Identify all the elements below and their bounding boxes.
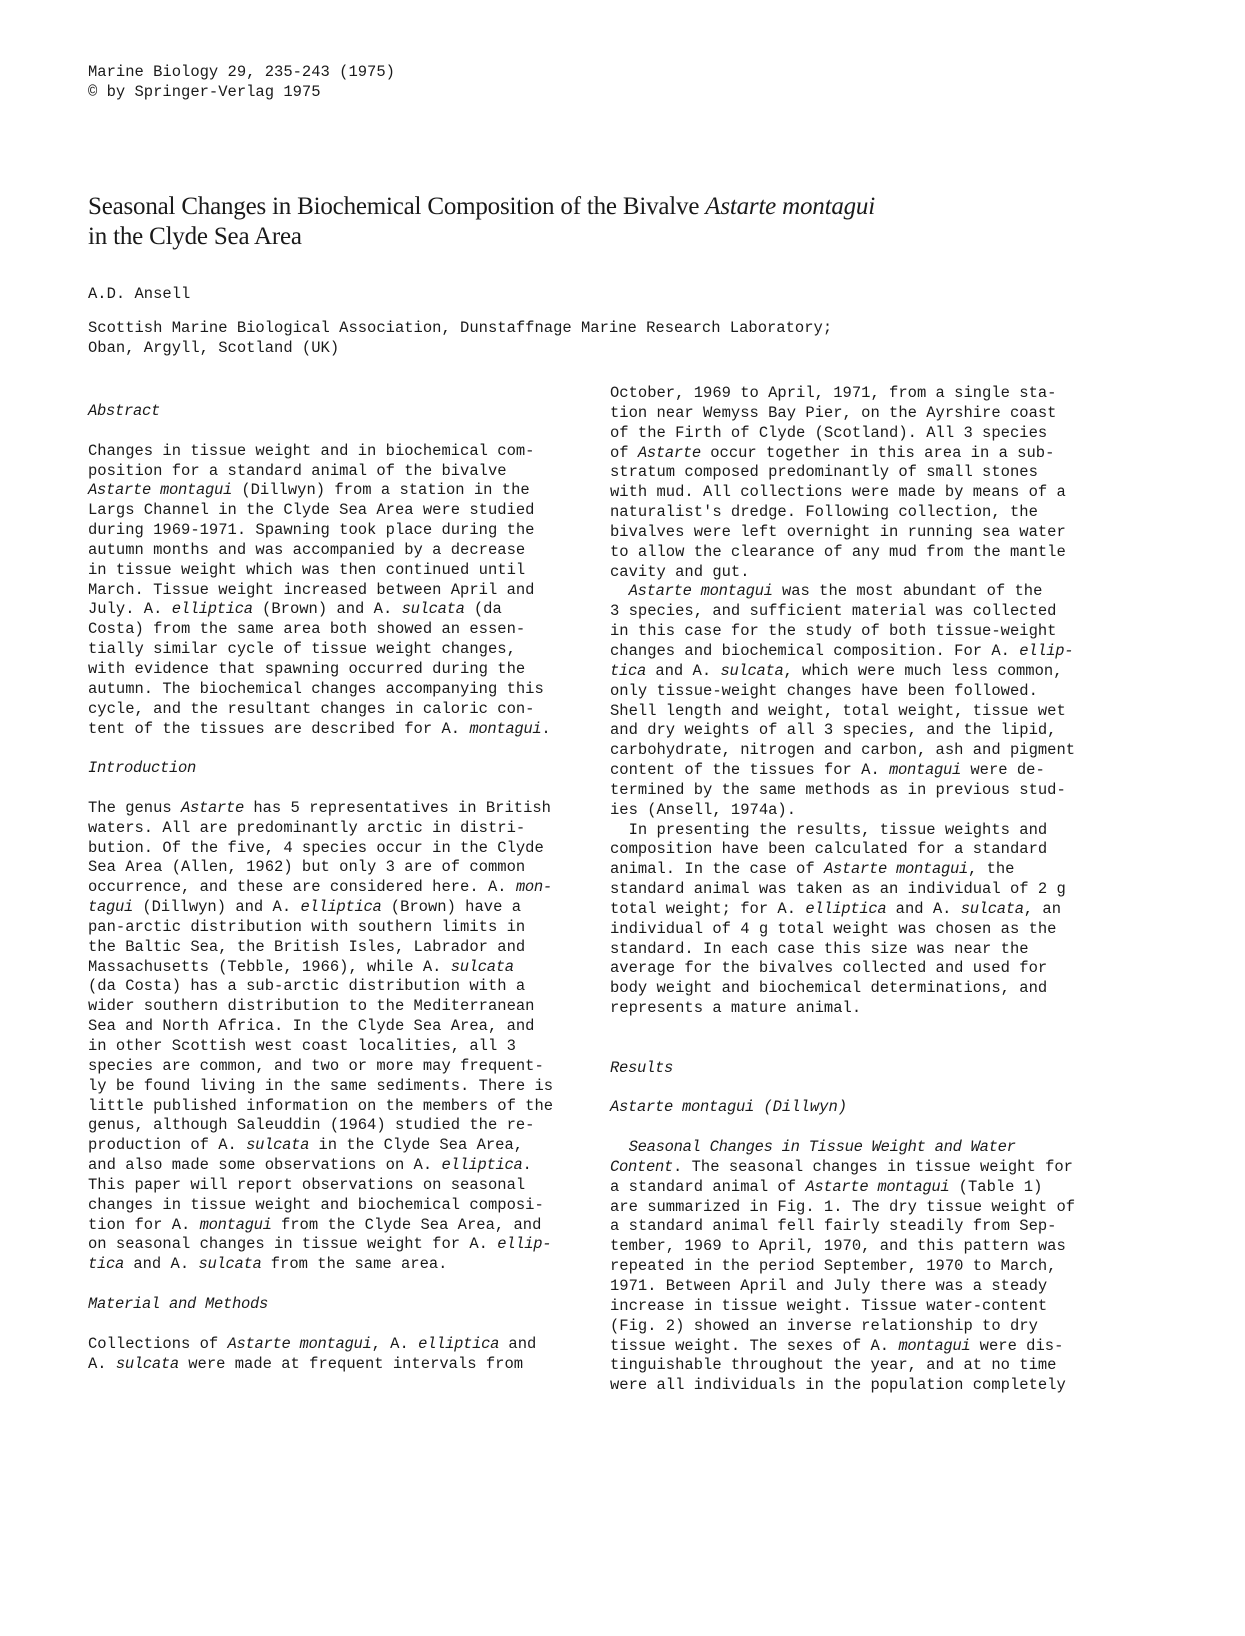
plain-text: and (499, 1335, 536, 1353)
text-line: on seasonal changes in tissue weight for… (88, 1235, 598, 1255)
text-line: autumn. The biochemical changes accompan… (88, 680, 598, 700)
text-line: a standard animal fell fairly steadily f… (610, 1217, 1120, 1237)
plain-text: July. A. (88, 600, 172, 618)
plain-text: and A. (646, 662, 720, 680)
text-line: pan-arctic distribution with southern li… (88, 918, 598, 938)
text-line: body weight and biochemical determinatio… (610, 979, 1120, 999)
plain-text: (da Costa) has a sub-arctic distribution… (88, 977, 525, 995)
text-line: termined by the same methods as in previ… (610, 781, 1120, 801)
text-line: tially similar cycle of tissue weight ch… (88, 640, 598, 660)
affiliation-line-1: Scottish Marine Biological Association, … (88, 318, 832, 338)
text-line: 1971. Between April and July there was a… (610, 1277, 1120, 1297)
plain-text: in other Scottish west coast localities,… (88, 1037, 516, 1055)
plain-text: naturalist's dredge. Following collectio… (610, 503, 1038, 521)
plain-text: on seasonal changes in tissue weight for… (88, 1235, 497, 1253)
text-line: autumn months and was accompanied by a d… (88, 541, 598, 561)
text-line: Shell length and weight, total weight, t… (610, 702, 1120, 722)
section-heading: Astarte montagui (Dillwyn) (610, 1098, 1120, 1118)
blank-line (88, 779, 598, 799)
text-line: in tissue weight which was then continue… (88, 561, 598, 581)
italic-text: montagui (200, 1216, 272, 1234)
plain-text: Costa) from the same area both showed an… (88, 620, 525, 638)
plain-text: individual of 4 g total weight was chose… (610, 920, 1056, 938)
text-line: tissue weight. The sexes of A. montagui … (610, 1337, 1120, 1357)
plain-text: production of A. (88, 1136, 246, 1154)
text-line: March. Tissue weight increased between A… (88, 581, 598, 601)
text-line: individual of 4 g total weight was chose… (610, 920, 1120, 940)
italic-text: elliptica (300, 898, 381, 916)
text-line: animal. In the case of Astarte montagui,… (610, 860, 1120, 880)
italic-text: elliptica (172, 600, 253, 618)
plain-text: This paper will report observations on s… (88, 1176, 525, 1194)
plain-text: Sea and North Africa. In the Clyde Sea A… (88, 1017, 534, 1035)
plain-text: Collections of (88, 1335, 228, 1353)
text-line: content of the tissues for A. montagui w… (610, 761, 1120, 781)
text-line: (Fig. 2) showed an inverse relationship … (610, 1317, 1120, 1337)
text-line: This paper will report observations on s… (88, 1176, 598, 1196)
text-line: Massachusetts (Tebble, 1966), while A. s… (88, 958, 598, 978)
blank-line (610, 1039, 1120, 1059)
italic-text: tagui (88, 898, 133, 916)
plain-text: 1971. Between April and July there was a… (610, 1277, 1047, 1295)
italic-text: sulcata (198, 1255, 261, 1273)
plain-text: pan-arctic distribution with southern li… (88, 918, 525, 936)
plain-text: species are common, and two or more may … (88, 1057, 544, 1075)
text-line: composition have been calculated for a s… (610, 840, 1120, 860)
text-line: genus, although Saleuddin (1964) studied… (88, 1116, 598, 1136)
plain-text: Massachusetts (Tebble, 1966), while A. (88, 958, 451, 976)
copyright-notice: © by Springer-Verlag 1975 (88, 82, 395, 102)
plain-text: , the (968, 860, 1015, 878)
plain-text: autumn. The biochemical changes accompan… (88, 680, 544, 698)
plain-text: represents a mature animal. (610, 999, 861, 1017)
plain-text: , which were much less common, (783, 662, 1062, 680)
plain-text: from the same area. (261, 1255, 447, 1273)
text-line: (da Costa) has a sub-arctic distribution… (88, 977, 598, 997)
plain-text: autumn months and was accompanied by a d… (88, 541, 525, 559)
italic-text: sulcata (246, 1136, 309, 1154)
text-line: Seasonal Changes in Tissue Weight and Wa… (610, 1138, 1120, 1158)
plain-text: . The seasonal changes in tissue weight … (673, 1158, 1073, 1176)
text-line: and also made some observations on A. el… (88, 1156, 598, 1176)
text-line: In presenting the results, tissue weight… (610, 821, 1120, 841)
plain-text: Sea Area (Allen, 1962) but only 3 are of… (88, 858, 525, 876)
italic-text: sulcata (402, 600, 465, 618)
plain-text: tissue weight. The sexes of A. (610, 1337, 898, 1355)
journal-citation: Marine Biology 29, 235-243 (1975) (88, 62, 395, 82)
text-line: naturalist's dredge. Following collectio… (610, 503, 1120, 523)
plain-text: tinguishable throughout the year, and at… (610, 1356, 1056, 1374)
text-line: average for the bivalves collected and u… (610, 959, 1120, 979)
text-line: Astarte montagui (Dillwyn) from a statio… (88, 481, 598, 501)
plain-text: tially similar cycle of tissue weight ch… (88, 640, 516, 658)
italic-text: Astarte (181, 799, 244, 817)
plain-text: were all individuals in the population c… (610, 1376, 1066, 1394)
section-heading: Material and Methods (88, 1295, 598, 1315)
plain-text: bivalves were left overnight in running … (610, 523, 1066, 541)
plain-text: increase in tissue weight. Tissue water-… (610, 1297, 1047, 1315)
italic-text: montagui (469, 720, 541, 738)
plain-text: and A. (124, 1255, 198, 1273)
plain-text: (Dillwyn) and A. (133, 898, 300, 916)
blank-line (610, 1118, 1120, 1138)
plain-text: in the Clyde Sea Area, (309, 1136, 523, 1154)
text-line: Costa) from the same area both showed an… (88, 620, 598, 640)
plain-text: a standard animal fell fairly steadily f… (610, 1217, 1056, 1235)
italic-text: Astarte montagui (824, 860, 968, 878)
plain-text: the Baltic Sea, the British Isles, Labra… (88, 938, 525, 956)
text-line: Sea Area (Allen, 1962) but only 3 are of… (88, 858, 598, 878)
plain-text: in this case for the study of both tissu… (610, 622, 1056, 640)
italic-text: ellip- (1019, 642, 1073, 660)
plain-text: (Dillwyn) from a station in the (232, 481, 530, 499)
italic-text: Content (610, 1158, 673, 1176)
italic-text: Astarte montagui (805, 1178, 949, 1196)
text-line: waters. All are predominantly arctic in … (88, 819, 598, 839)
text-line: increase in tissue weight. Tissue water-… (610, 1297, 1120, 1317)
plain-text: (Dillwyn) (754, 1098, 847, 1116)
text-line: little published information on the memb… (88, 1097, 598, 1117)
text-line: wider southern distribution to the Medit… (88, 997, 598, 1017)
plain-text: occurrence, and these are considered her… (88, 878, 516, 896)
plain-text: from the Clyde Sea Area, and (272, 1216, 542, 1234)
section-heading: Introduction (88, 759, 598, 779)
text-line: occurrence, and these are considered her… (88, 878, 598, 898)
plain-text: tent of the tissues are described for A. (88, 720, 469, 738)
italic-text: elliptica (418, 1335, 499, 1353)
text-line: tinguishable throughout the year, and at… (610, 1356, 1120, 1376)
plain-text: In presenting the results, tissue weight… (610, 821, 1047, 839)
plain-text: tember, 1969 to April, 1970, and this pa… (610, 1237, 1066, 1255)
plain-text: and A. (886, 900, 960, 918)
text-line: tember, 1969 to April, 1970, and this pa… (610, 1237, 1120, 1257)
plain-text: (Table 1) (949, 1178, 1042, 1196)
italic-text: Astarte montagui (228, 1335, 372, 1353)
italic-text: Astarte montagui (88, 481, 232, 499)
plain-text: ies (Ansell, 1974a). (610, 801, 796, 819)
text-line: represents a mature animal. (610, 999, 1120, 1019)
text-line: production of A. sulcata in the Clyde Se… (88, 1136, 598, 1156)
text-line: Collections of Astarte montagui, A. elli… (88, 1335, 598, 1355)
plain-text: termined by the same methods as in previ… (610, 781, 1066, 799)
text-line: ly be found living in the same sediments… (88, 1077, 598, 1097)
plain-text: October, 1969 to April, 1971, from a sin… (610, 384, 1056, 402)
text-line: A. sulcata were made at frequent interva… (88, 1355, 598, 1375)
plain-text: (Fig. 2) showed an inverse relationship … (610, 1317, 1038, 1335)
plain-text: . (522, 1156, 531, 1174)
italic-text: Astarte montagui (629, 582, 773, 600)
plain-text: with evidence that spawning occurred dur… (88, 660, 525, 678)
plain-text: content of the tissues for A. (610, 761, 889, 779)
plain-text: . (541, 720, 550, 738)
plain-text: wider southern distribution to the Medit… (88, 997, 534, 1015)
plain-text: to allow the clearance of any mud from t… (610, 543, 1066, 561)
italic-text: Introduction (88, 759, 196, 777)
plain-text: a standard animal of (610, 1178, 805, 1196)
text-line: cavity and gut. (610, 563, 1120, 583)
plain-text: body weight and biochemical determinatio… (610, 979, 1047, 997)
affiliation-line-2: Oban, Argyll, Scotland (UK) (88, 338, 832, 358)
plain-text: bution. Of the five, 4 species occur in … (88, 839, 544, 857)
plain-text: in tissue weight which was then continue… (88, 561, 525, 579)
plain-text: ly be found living in the same sediments… (88, 1077, 553, 1095)
italic-text: montagui (898, 1337, 970, 1355)
text-line: tica and A. sulcata from the same area. (88, 1255, 598, 1275)
text-line: standard. In each case this size was nea… (610, 940, 1120, 960)
plain-text: cycle, and the resultant changes in calo… (88, 700, 534, 718)
italic-text: elliptica (805, 900, 886, 918)
plain-text: A. (88, 1355, 116, 1373)
plain-text: little published information on the memb… (88, 1097, 553, 1115)
blank-line (88, 1275, 598, 1295)
plain-text: are summarized in Fig. 1. The dry tissue… (610, 1198, 1075, 1216)
plain-text: (Brown) have a (381, 898, 521, 916)
plain-text: waters. All are predominantly arctic in … (88, 819, 525, 837)
plain-text: stratum composed predominantly of small … (610, 463, 1038, 481)
plain-text: Shell length and weight, total weight, t… (610, 702, 1066, 720)
plain-text: Changes in tissue weight and in biochemi… (88, 442, 534, 460)
plain-text: changes in tissue weight and biochemical… (88, 1196, 544, 1214)
text-line: of Astarte occur together in this area i… (610, 444, 1120, 464)
text-line: ies (Ansell, 1974a). (610, 801, 1120, 821)
journal-header: Marine Biology 29, 235-243 (1975) © by S… (88, 62, 395, 102)
plain-text: were de- (961, 761, 1045, 779)
left-column: AbstractChanges in tissue weight and in … (88, 402, 598, 1374)
plain-text: changes and biochemical composition. For… (610, 642, 1019, 660)
italic-text: sulcata (116, 1355, 179, 1373)
italic-text: tica (88, 1255, 124, 1273)
affiliation: Scottish Marine Biological Association, … (88, 318, 832, 358)
text-line: with mud. All collections were made by m… (610, 483, 1120, 503)
plain-text: (da (465, 600, 502, 618)
text-line: tent of the tissues are described for A.… (88, 720, 598, 740)
text-line: position for a standard animal of the bi… (88, 462, 598, 482)
text-line: only tissue-weight changes have been fol… (610, 682, 1120, 702)
text-line: The genus Astarte has 5 representatives … (88, 799, 598, 819)
italic-text: sulcata (720, 662, 783, 680)
plain-text: during 1969-1971. Spawning took place du… (88, 521, 534, 539)
italic-text: Material and Methods (88, 1295, 268, 1313)
italic-text: Seasonal Changes in Tissue Weight and Wa… (629, 1138, 1016, 1156)
blank-line (88, 1315, 598, 1335)
plain-text: of the Firth of Clyde (Scotland). All 3 … (610, 424, 1047, 442)
text-line: of the Firth of Clyde (Scotland). All 3 … (610, 424, 1120, 444)
plain-text: genus, although Saleuddin (1964) studied… (88, 1116, 534, 1134)
plain-text: was the most abundant of the (773, 582, 1043, 600)
text-line: tion for A. montagui from the Clyde Sea … (88, 1216, 598, 1236)
text-line: cycle, and the resultant changes in calo… (88, 700, 598, 720)
plain-text: , A. (372, 1335, 419, 1353)
title-line-2: in the Clyde Sea Area (88, 222, 875, 252)
text-line: tica and A. sulcata, which were much les… (610, 662, 1120, 682)
blank-line (610, 1019, 1120, 1039)
plain-text: has 5 representatives in British (244, 799, 551, 817)
text-line: July. A. elliptica (Brown) and A. sulcat… (88, 600, 598, 620)
plain-text (610, 582, 629, 600)
text-line: October, 1969 to April, 1971, from a sin… (610, 384, 1120, 404)
text-line: a standard animal of Astarte montagui (T… (610, 1178, 1120, 1198)
italic-text: sulcata (961, 900, 1024, 918)
text-line: Content. The seasonal changes in tissue … (610, 1158, 1120, 1178)
italic-text: tica (610, 662, 646, 680)
text-line: total weight; for A. elliptica and A. su… (610, 900, 1120, 920)
plain-text: were dis- (970, 1337, 1063, 1355)
blank-line (88, 739, 598, 759)
italic-text: elliptica (441, 1156, 522, 1174)
plain-text: total weight; for A. (610, 900, 805, 918)
text-line: to allow the clearance of any mud from t… (610, 543, 1120, 563)
plain-text: occur together in this area in a sub- (701, 444, 1054, 462)
italic-text: sulcata (451, 958, 514, 976)
paper-title: Seasonal Changes in Biochemical Composit… (88, 192, 875, 252)
text-line: during 1969-1971. Spawning took place du… (88, 521, 598, 541)
plain-text: were made at frequent intervals from (179, 1355, 523, 1373)
plain-text: with mud. All collections were made by m… (610, 483, 1066, 501)
italic-text: Abstract (88, 402, 160, 420)
text-line: stratum composed predominantly of small … (610, 463, 1120, 483)
text-line: Astarte montagui was the most abundant o… (610, 582, 1120, 602)
text-line: Sea and North Africa. In the Clyde Sea A… (88, 1017, 598, 1037)
plain-text (610, 1138, 629, 1156)
plain-text: , an (1024, 900, 1061, 918)
plain-text: of (610, 444, 638, 462)
italic-text: Astarte montagui (610, 1098, 754, 1116)
text-line: with evidence that spawning occurred dur… (88, 660, 598, 680)
blank-line (88, 422, 598, 442)
section-heading: Results (610, 1059, 1120, 1079)
blank-line (610, 1079, 1120, 1099)
plain-text: 3 species, and sufficient material was c… (610, 602, 1056, 620)
plain-text: standard animal was taken as an individu… (610, 880, 1066, 898)
text-line: were all individuals in the population c… (610, 1376, 1120, 1396)
text-line: changes in tissue weight and biochemical… (88, 1196, 598, 1216)
plain-text: composition have been calculated for a s… (610, 840, 1047, 858)
italic-text: montagui (889, 761, 961, 779)
author-name: A.D. Ansell (88, 284, 190, 304)
plain-text: standard. In each case this size was nea… (610, 940, 1029, 958)
text-line: 3 species, and sufficient material was c… (610, 602, 1120, 622)
plain-text: animal. In the case of (610, 860, 824, 878)
title-line-1: Seasonal Changes in Biochemical Composit… (88, 192, 875, 222)
text-line: in other Scottish west coast localities,… (88, 1037, 598, 1057)
text-line: Changes in tissue weight and in biochemi… (88, 442, 598, 462)
text-line: carbohydrate, nitrogen and carbon, ash a… (610, 741, 1120, 761)
plain-text: tion near Wemyss Bay Pier, on the Ayrshi… (610, 404, 1056, 422)
text-line: repeated in the period September, 1970 t… (610, 1257, 1120, 1277)
section-heading: Abstract (88, 402, 598, 422)
text-line: standard animal was taken as an individu… (610, 880, 1120, 900)
italic-text: Astarte (638, 444, 701, 462)
text-line: are summarized in Fig. 1. The dry tissue… (610, 1198, 1120, 1218)
plain-text: and dry weights of all 3 species, and th… (610, 721, 1056, 739)
text-line: in this case for the study of both tissu… (610, 622, 1120, 642)
plain-text: average for the bivalves collected and u… (610, 959, 1047, 977)
text-line: species are common, and two or more may … (88, 1057, 598, 1077)
plain-text: position for a standard animal of the bi… (88, 462, 507, 480)
text-line: bivalves were left overnight in running … (610, 523, 1120, 543)
italic-text: ellip- (497, 1235, 551, 1253)
text-line: and dry weights of all 3 species, and th… (610, 721, 1120, 741)
plain-text: Largs Channel in the Clyde Sea Area were… (88, 501, 534, 519)
italic-text: mon- (516, 878, 552, 896)
plain-text: and also made some observations on A. (88, 1156, 441, 1174)
text-line: Largs Channel in the Clyde Sea Area were… (88, 501, 598, 521)
plain-text: only tissue-weight changes have been fol… (610, 682, 1038, 700)
plain-text: carbohydrate, nitrogen and carbon, ash a… (610, 741, 1075, 759)
text-line: changes and biochemical composition. For… (610, 642, 1120, 662)
species-name: Astarte montagui (705, 193, 875, 220)
plain-text: The genus (88, 799, 181, 817)
text-line: bution. Of the five, 4 species occur in … (88, 839, 598, 859)
plain-text: repeated in the period September, 1970 t… (610, 1257, 1056, 1275)
text-line: tagui (Dillwyn) and A. elliptica (Brown)… (88, 898, 598, 918)
text-line: the Baltic Sea, the British Isles, Labra… (88, 938, 598, 958)
right-column: October, 1969 to April, 1971, from a sin… (610, 384, 1120, 1396)
plain-text: (Brown) and A. (253, 600, 402, 618)
plain-text: cavity and gut. (610, 563, 750, 581)
plain-text: March. Tissue weight increased between A… (88, 581, 534, 599)
text-line: tion near Wemyss Bay Pier, on the Ayrshi… (610, 404, 1120, 424)
plain-text: tion for A. (88, 1216, 200, 1234)
italic-text: Results (610, 1059, 673, 1077)
